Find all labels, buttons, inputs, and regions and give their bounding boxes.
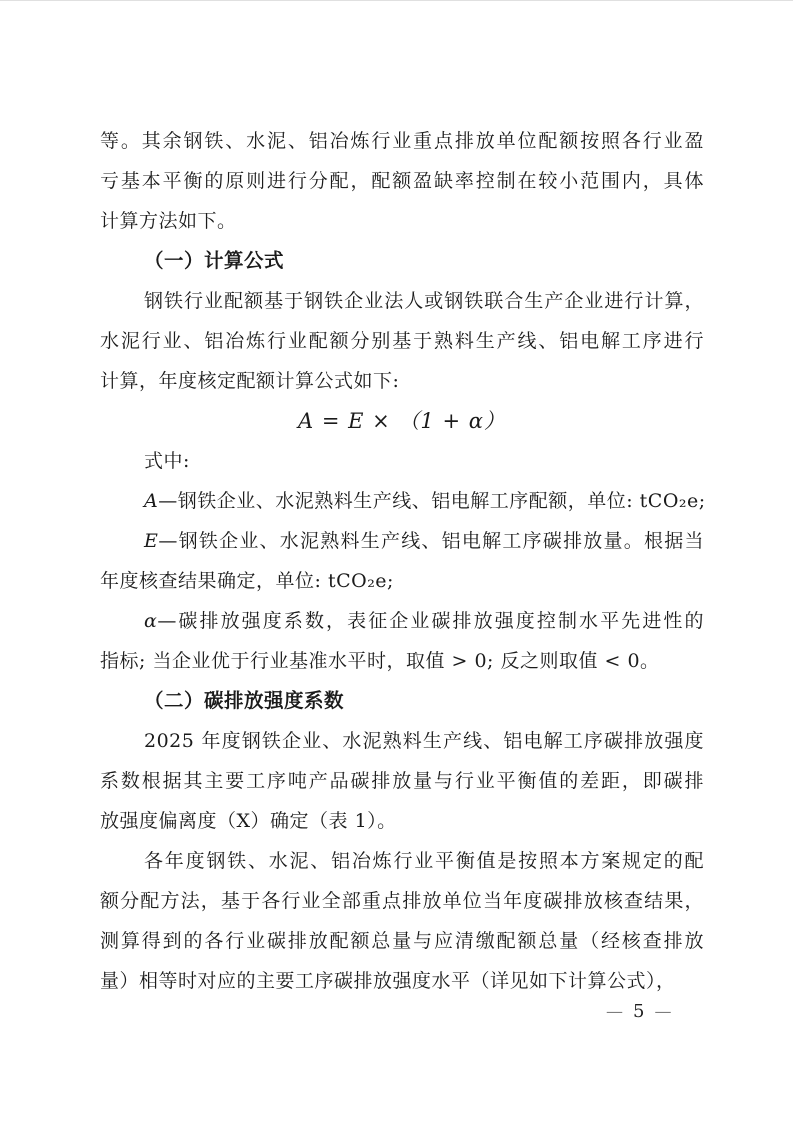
definition-e-text: —钢铁企业、水泥熟料生产线、铝电解工序碳排放量。根据当 xyxy=(158,530,704,552)
paragraph-intro-line-2: 亏基本平衡的原则进行分配，配额盈缺率控制在较小范围内，具体 xyxy=(100,161,704,201)
definition-a: A—钢铁企业、水泥熟料生产线、铝电解工序配额，单位: tCO₂e; xyxy=(100,481,704,521)
paragraph-balance-line-4: 量）相等时对应的主要工序碳排放强度水平（详见如下计算公式）， xyxy=(100,961,704,1001)
footer-dash-right: — xyxy=(654,1001,671,1023)
paragraph-balance-line-1: 各年度钢铁、水泥、铝冶炼行业平衡值是按照本方案规定的配 xyxy=(100,841,704,881)
paragraph-balance-line-3: 测算得到的各行业碳排放配额总量与应清缴配额总量（经核查排放 xyxy=(100,921,704,961)
definition-a-text: —钢铁企业、水泥熟料生产线、铝电解工序配额，单位: tCO₂e; xyxy=(158,490,705,512)
document-body: 等。其余钢铁、水泥、铝冶炼行业重点排放单位配额按照各行业盈 亏基本平衡的原则进行… xyxy=(100,121,704,1001)
definition-e-line-1: E—钢铁企业、水泥熟料生产线、铝电解工序碳排放量。根据当 xyxy=(100,521,704,561)
formula-where-label: 式中: xyxy=(100,441,704,481)
variable-alpha: α xyxy=(144,610,157,632)
page-footer: — 5 — xyxy=(606,1001,671,1023)
quota-formula-text: A = E × （1 + α） xyxy=(298,409,506,433)
footer-dash-left: — xyxy=(606,1001,623,1023)
variable-a: A xyxy=(144,490,158,512)
paragraph-intro-line-3: 计算方法如下。 xyxy=(100,201,704,241)
definition-alpha-line-1: α—碳排放强度系数，表征企业碳排放强度控制水平先进性的 xyxy=(100,601,704,641)
variable-e: E xyxy=(144,530,158,552)
paragraph-formula-intro-line-3: 计算，年度核定配额计算公式如下: xyxy=(100,361,704,401)
definition-alpha-line-2: 指标; 当企业优于行业基准水平时，取值 > 0; 反之则取值 < 0。 xyxy=(100,641,704,681)
definition-alpha-text: —碳排放强度系数，表征企业碳排放强度控制水平先进性的 xyxy=(157,610,704,632)
document-page: 等。其余钢铁、水泥、铝冶炼行业重点排放单位配额按照各行业盈 亏基本平衡的原则进行… xyxy=(0,0,793,1122)
paragraph-intensity-line-2: 系数根据其主要工序吨产品碳排放量与行业平衡值的差距，即碳排 xyxy=(100,761,704,801)
paragraph-formula-intro-line-2: 水泥行业、铝冶炼行业配额分别基于熟料生产线、铝电解工序进行 xyxy=(100,321,704,361)
page-number: 5 xyxy=(633,1001,644,1023)
paragraph-intensity-line-3: 放强度偏离度（X）确定（表 1）。 xyxy=(100,801,704,841)
definition-e-line-2: 年度核查结果确定，单位: tCO₂e; xyxy=(100,561,704,601)
quota-formula: A = E × （1 + α） xyxy=(100,401,704,441)
paragraph-intensity-line-1: 2025 年度钢铁企业、水泥熟料生产线、铝电解工序碳排放强度 xyxy=(100,721,704,761)
paragraph-balance-line-2: 额分配方法，基于各行业全部重点排放单位当年度碳排放核查结果， xyxy=(100,881,704,921)
section-heading-calculation-formula: （一）计算公式 xyxy=(100,241,704,281)
paragraph-intro-line-1: 等。其余钢铁、水泥、铝冶炼行业重点排放单位配额按照各行业盈 xyxy=(100,121,704,161)
paragraph-formula-intro-line-1: 钢铁行业配额基于钢铁企业法人或钢铁联合生产企业进行计算， xyxy=(100,281,704,321)
section-heading-intensity-coefficient: （二）碳排放强度系数 xyxy=(100,681,704,721)
